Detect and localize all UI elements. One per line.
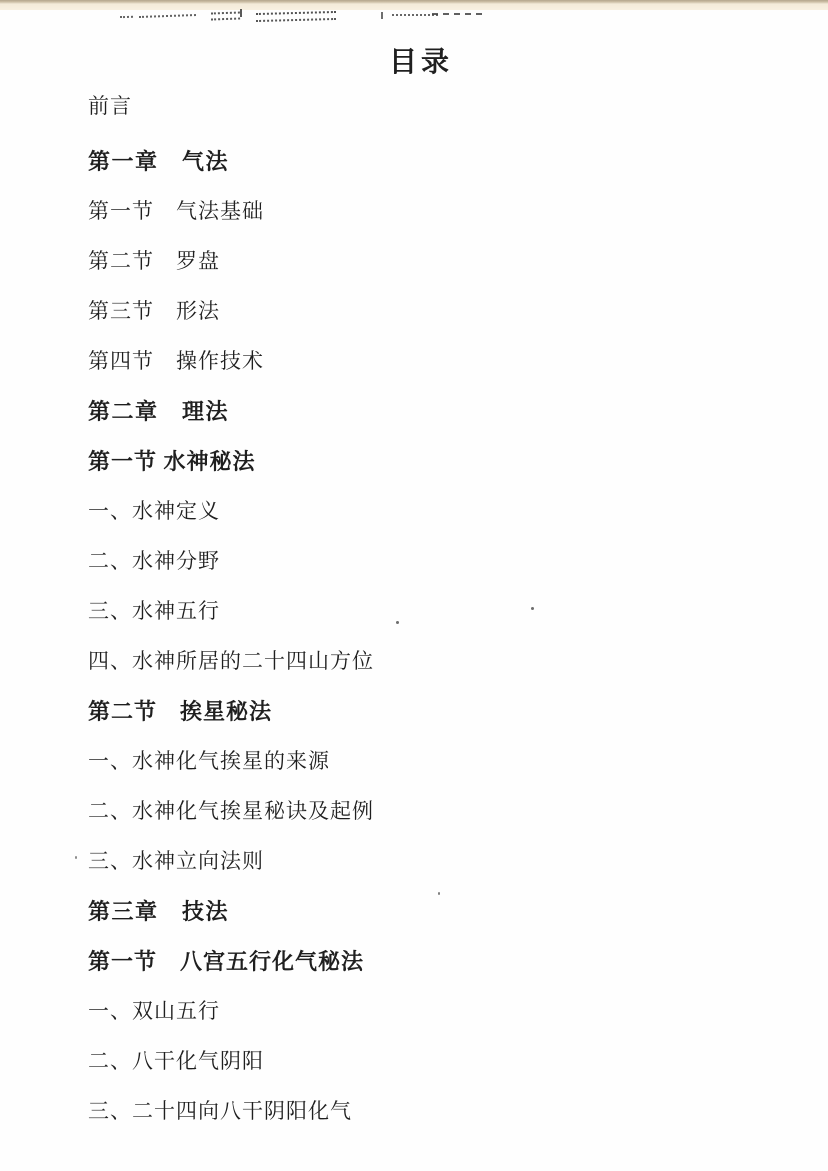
scan-noise-mark xyxy=(256,11,336,22)
scan-noise-mark xyxy=(381,12,383,19)
toc-entry-item: 二、八干化气阴阳 xyxy=(88,1035,788,1085)
toc-entry-section: 第三节 形法 xyxy=(88,285,788,335)
scan-noise-mark xyxy=(120,16,133,18)
toc-list: 前言 第一章 气法 第一节 气法基础 第二节 罗盘 第三节 形法 第四节 操作技… xyxy=(88,80,788,1135)
toc-entry-item: 三、水神立向法则 xyxy=(88,835,788,885)
toc-entry-chapter: 第三章 技法 xyxy=(88,885,788,935)
page-title: 目录 xyxy=(0,40,828,80)
toc-entry-item: 四、水神所居的二十四山方位 xyxy=(88,635,788,685)
toc-entry-item: 一、水神定义 xyxy=(88,485,788,535)
scan-noise-mark xyxy=(211,11,240,20)
scan-edge-artifact xyxy=(0,0,828,10)
toc-entry-item: 一、水神化气挨星的来源 xyxy=(88,735,788,785)
scan-dot xyxy=(75,856,77,859)
toc-entry-section: 第一节 水神秘法 xyxy=(88,435,788,485)
toc-entry-section: 第二节 罗盘 xyxy=(88,235,788,285)
toc-entry-chapter: 第二章 理法 xyxy=(88,385,788,435)
toc-entry-preface: 前言 xyxy=(88,80,788,130)
toc-entry-chapter: 第一章 气法 xyxy=(88,135,788,185)
scan-noise-mark xyxy=(432,13,482,15)
scan-noise-mark xyxy=(139,14,196,18)
toc-entry-item: 二、水神化气挨星秘诀及起例 xyxy=(88,785,788,835)
toc-entry-section: 第四节 操作技术 xyxy=(88,335,788,385)
scan-noise-mark xyxy=(240,9,242,17)
toc-entry-item: 三、水神五行 xyxy=(88,585,788,635)
toc-entry-section: 第一节 气法基础 xyxy=(88,185,788,235)
toc-entry-section: 第二节 挨星秘法 xyxy=(88,685,788,735)
toc-entry-section: 第一节 八宫五行化气秘法 xyxy=(88,935,788,985)
toc-entry-item: 二、水神分野 xyxy=(88,535,788,585)
toc-entry-item: 三、二十四向八干阴阳化气 xyxy=(88,1085,788,1135)
scanned-page: 目录 前言 第一章 气法 第一节 气法基础 第二节 罗盘 第三节 形法 第四节 … xyxy=(0,0,828,1171)
toc-entry-item: 一、双山五行 xyxy=(88,985,788,1035)
